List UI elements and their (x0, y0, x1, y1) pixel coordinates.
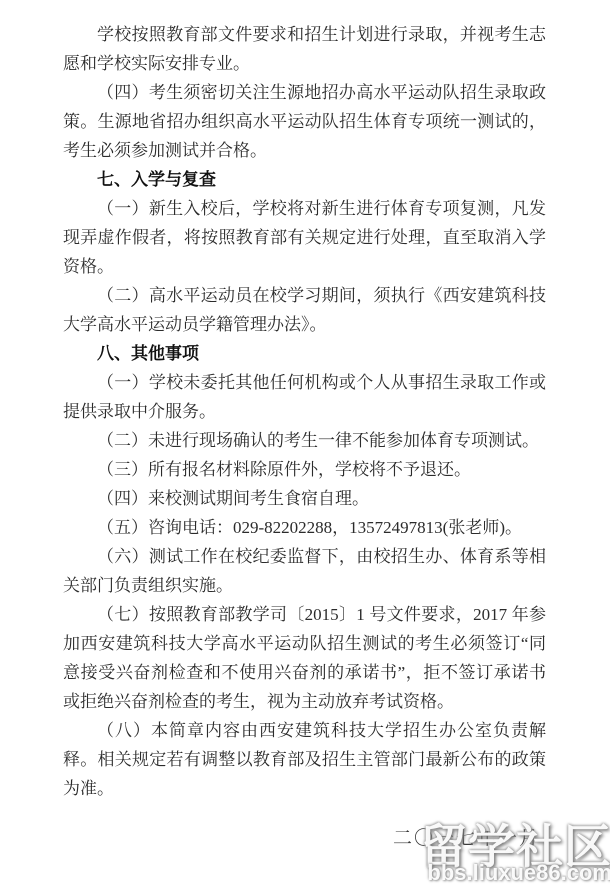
paragraph-item8-interpretation: （八）本简章内容由西安建筑科技大学招生办公室负责解释。相关规定若有调整以教育部及… (63, 716, 546, 803)
watermark-site-url: bbs.liuxue86.com (420, 862, 610, 884)
paragraph-item2-status-rules: （二）高水平运动员在校学习期间，须执行《西安建筑科技大学高水平运动员学籍管理办法… (63, 281, 546, 339)
paragraph-item2-onsite-confirm: （二）未进行现场确认的考生一律不能参加体育专项测试。 (63, 426, 546, 455)
paragraph-admission-by-plan: 学校按照教育部文件要求和招生计划进行录取，并视考生志愿和学校实际安排专业。 (63, 20, 546, 78)
document-body: 学校按照教育部文件要求和招生计划进行录取，并视考生志愿和学校实际安排专业。 （四… (63, 20, 546, 803)
section-heading-other-matters: 八、其他事项 (63, 339, 546, 368)
paragraph-item1-no-agency: （一）学校未委托其他任何机构或个人从事招生录取工作或提供录取中介服务。 (63, 368, 546, 426)
paragraph-item4-source-policy: （四）考生须密切关注生源地招办高水平运动队招生录取政策。生源地省招办组织高水平运… (63, 78, 546, 165)
paragraph-item3-materials: （三）所有报名材料除原件外，学校将不予退还。 (63, 455, 546, 484)
paragraph-item1-recheck: （一）新生入校后，学校将对新生进行体育专项复测，凡发现弄虚作假者，将按照教育部有… (63, 194, 546, 281)
section-heading-enrollment-recheck: 七、入学与复查 (63, 165, 546, 194)
paragraph-item6-supervision: （六）测试工作在校纪委监督下，由校招生办、体育系等相关部门负责组织实施。 (63, 542, 546, 600)
paragraph-item7-antidoping: （七）按照教育部教学司〔2015〕1 号文件要求，2017 年参加西安建筑科技大… (63, 600, 546, 716)
document-date: 二〇一七年一月 (393, 823, 540, 850)
paragraph-item4-lodging: （四）来校测试期间考生食宿自理。 (63, 484, 546, 513)
document-page: 学校按照教育部文件要求和招生计划进行录取，并视考生志愿和学校实际安排专业。 （四… (0, 0, 610, 884)
paragraph-item5-phone: （五）咨询电话：029-82202288，13572497813(张老师)。 (63, 513, 546, 542)
